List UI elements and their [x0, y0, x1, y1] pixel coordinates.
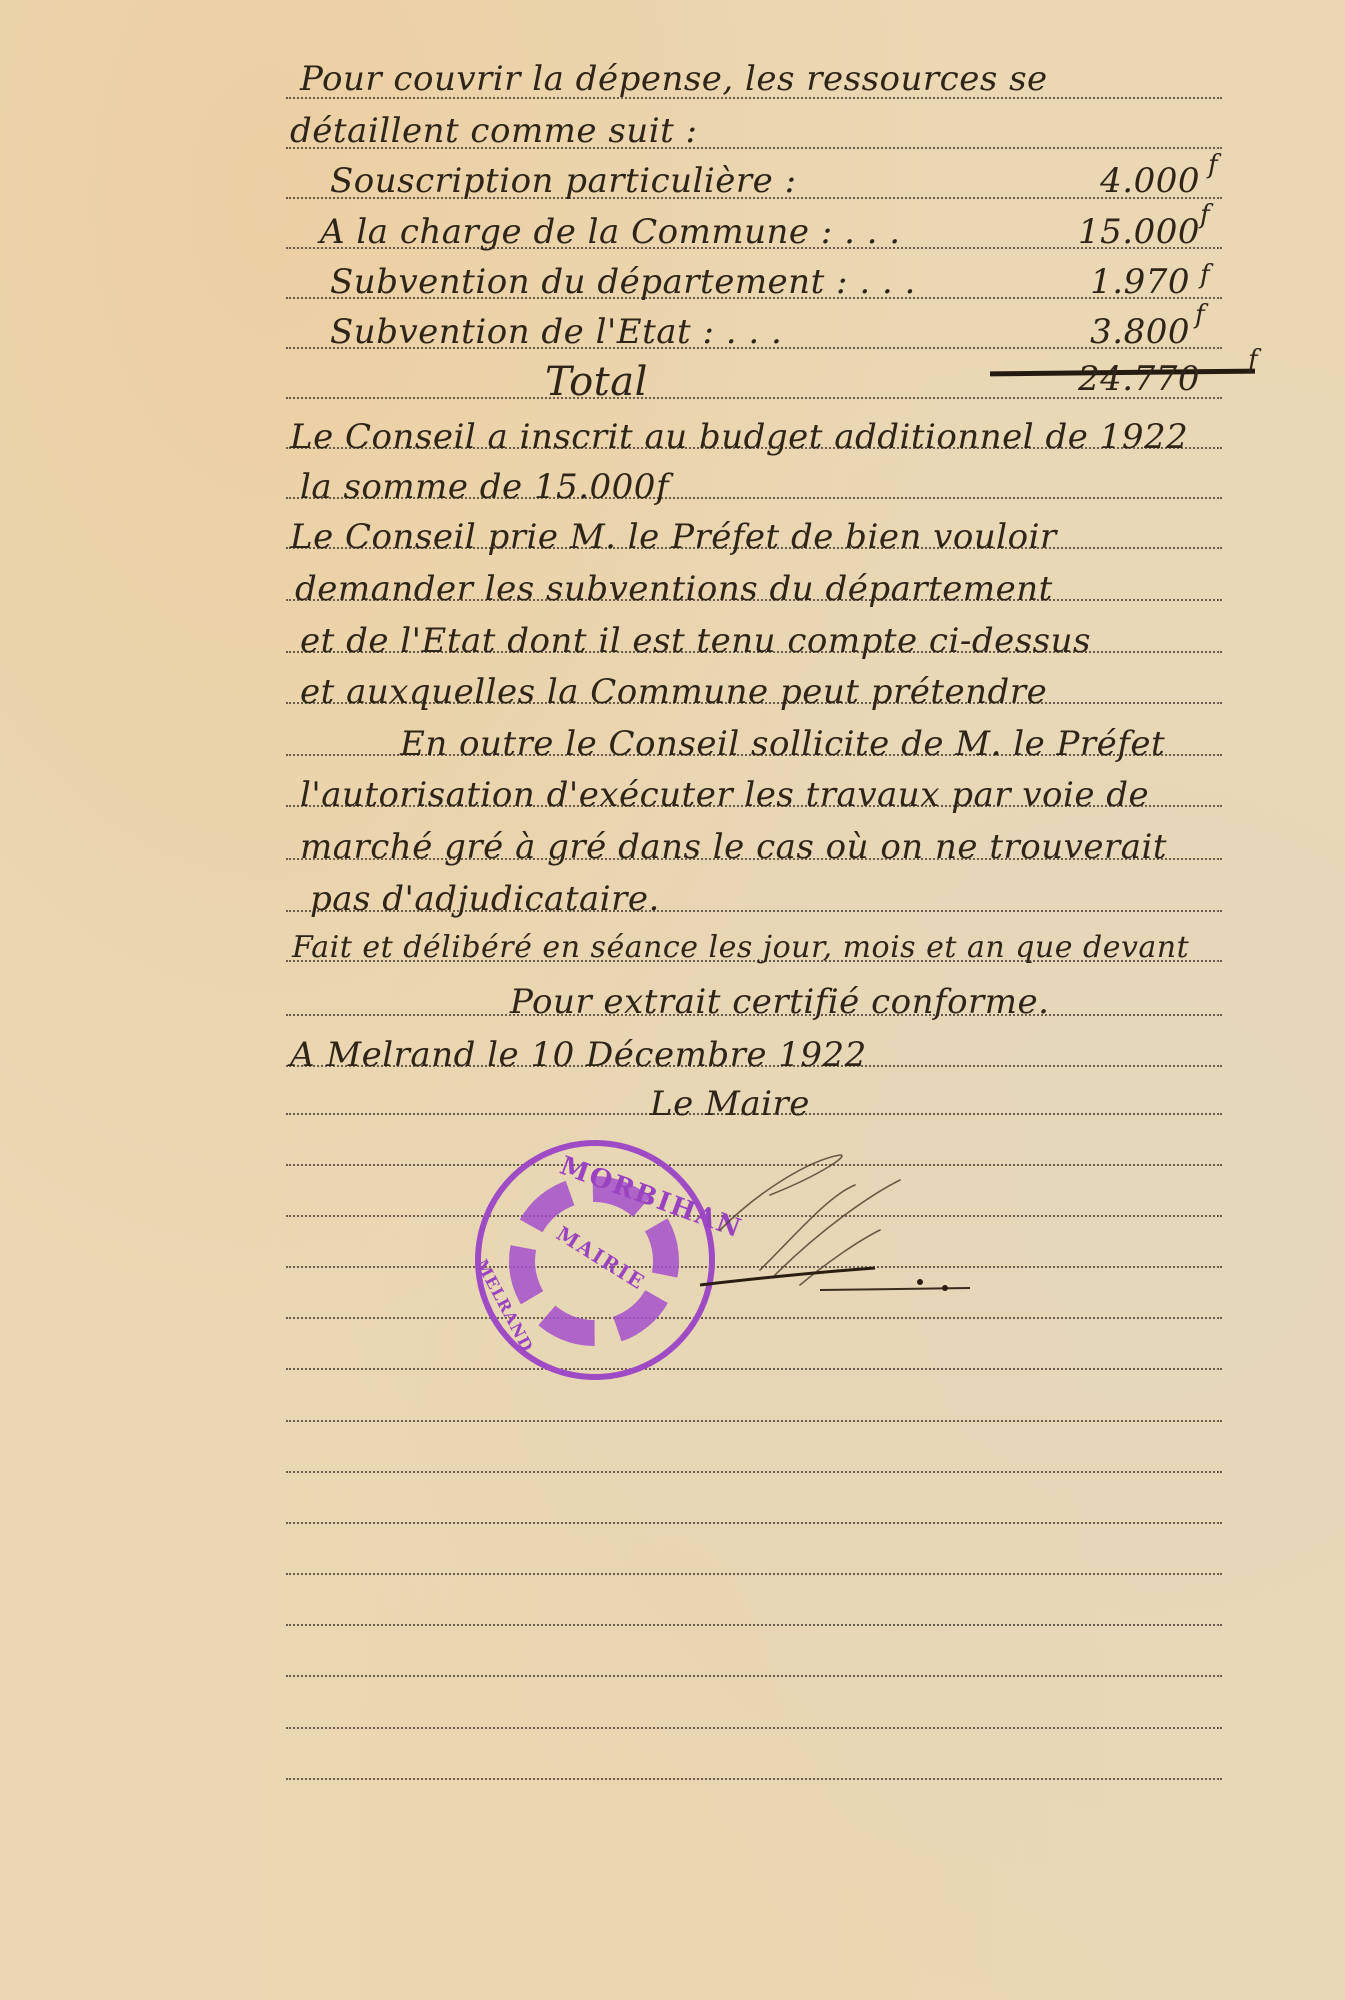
mayor-signature-icon	[700, 1150, 980, 1300]
paragraph-line: En outre le Conseil sollicite de M. le P…	[400, 727, 1165, 761]
ruled-line	[286, 1624, 1222, 1626]
ruled-line	[286, 1420, 1222, 1422]
resource-amount: 3.800	[990, 315, 1190, 349]
ruled-line	[286, 1727, 1222, 1729]
certification-line: Pour extrait certifié conforme.	[510, 985, 1049, 1019]
franc-symbol: f	[1208, 150, 1218, 180]
paragraph-line: marché gré à gré dans le cas où on ne tr…	[300, 830, 1167, 864]
franc-symbol: f	[1200, 200, 1210, 230]
paragraph-line: et auxquelles la Commune peut prétendre	[300, 675, 1047, 709]
paragraph-line: demander les subventions du département	[295, 572, 1053, 606]
resource-amount: 1.970	[990, 265, 1190, 299]
ruled-line	[286, 1522, 1222, 1524]
resource-amount: 15.000	[1000, 215, 1200, 249]
paragraph-line: pas d'adjudicataire.	[310, 882, 660, 916]
paragraph-line: et de l'Etat dont il est tenu compte ci-…	[300, 624, 1091, 658]
document-page: Pour couvrir la dépense, les ressources …	[0, 0, 1345, 2000]
paragraph-line: la somme de 15.000f	[300, 470, 669, 504]
resource-amount: 4.000	[1000, 164, 1200, 198]
mairie-stamp: MORBIHAN MAIRIE MELRAND	[475, 1140, 715, 1380]
franc-symbol: f	[1248, 345, 1258, 375]
place-date-line: A Melrand le 10 Décembre 1922	[290, 1038, 867, 1072]
resource-label: Subvention du département : . . .	[330, 265, 916, 299]
resource-label: A la charge de la Commune : . . .	[320, 215, 901, 249]
signatory-title: Le Maire	[650, 1087, 810, 1121]
total-label: Total	[545, 362, 648, 402]
ruled-line	[286, 1317, 1222, 1319]
paragraph-line: Le Conseil prie M. le Préfet de bien vou…	[290, 520, 1057, 554]
resource-label: Subvention de l'Etat : . . .	[330, 315, 782, 349]
ruled-line	[286, 1675, 1222, 1677]
franc-symbol: f	[1195, 300, 1205, 330]
paragraph-line: Le Conseil a inscrit au budget additionn…	[290, 420, 1188, 454]
intro-line-1: Pour couvrir la dépense, les ressources …	[300, 62, 1048, 96]
ruled-line	[286, 1368, 1222, 1370]
franc-symbol: f	[1200, 260, 1210, 290]
paragraph-line: Fait et délibéré en séance les jour, moi…	[292, 933, 1189, 963]
total-amount: 24.770	[1000, 362, 1200, 396]
ruled-line	[286, 1471, 1222, 1473]
intro-line-2: détaillent comme suit :	[290, 114, 698, 148]
resource-label: Souscription particulière :	[330, 164, 797, 198]
ruled-line	[286, 1573, 1222, 1575]
ruled-line	[286, 1778, 1222, 1780]
paragraph-line: l'autorisation d'exécuter les travaux pa…	[300, 778, 1149, 812]
